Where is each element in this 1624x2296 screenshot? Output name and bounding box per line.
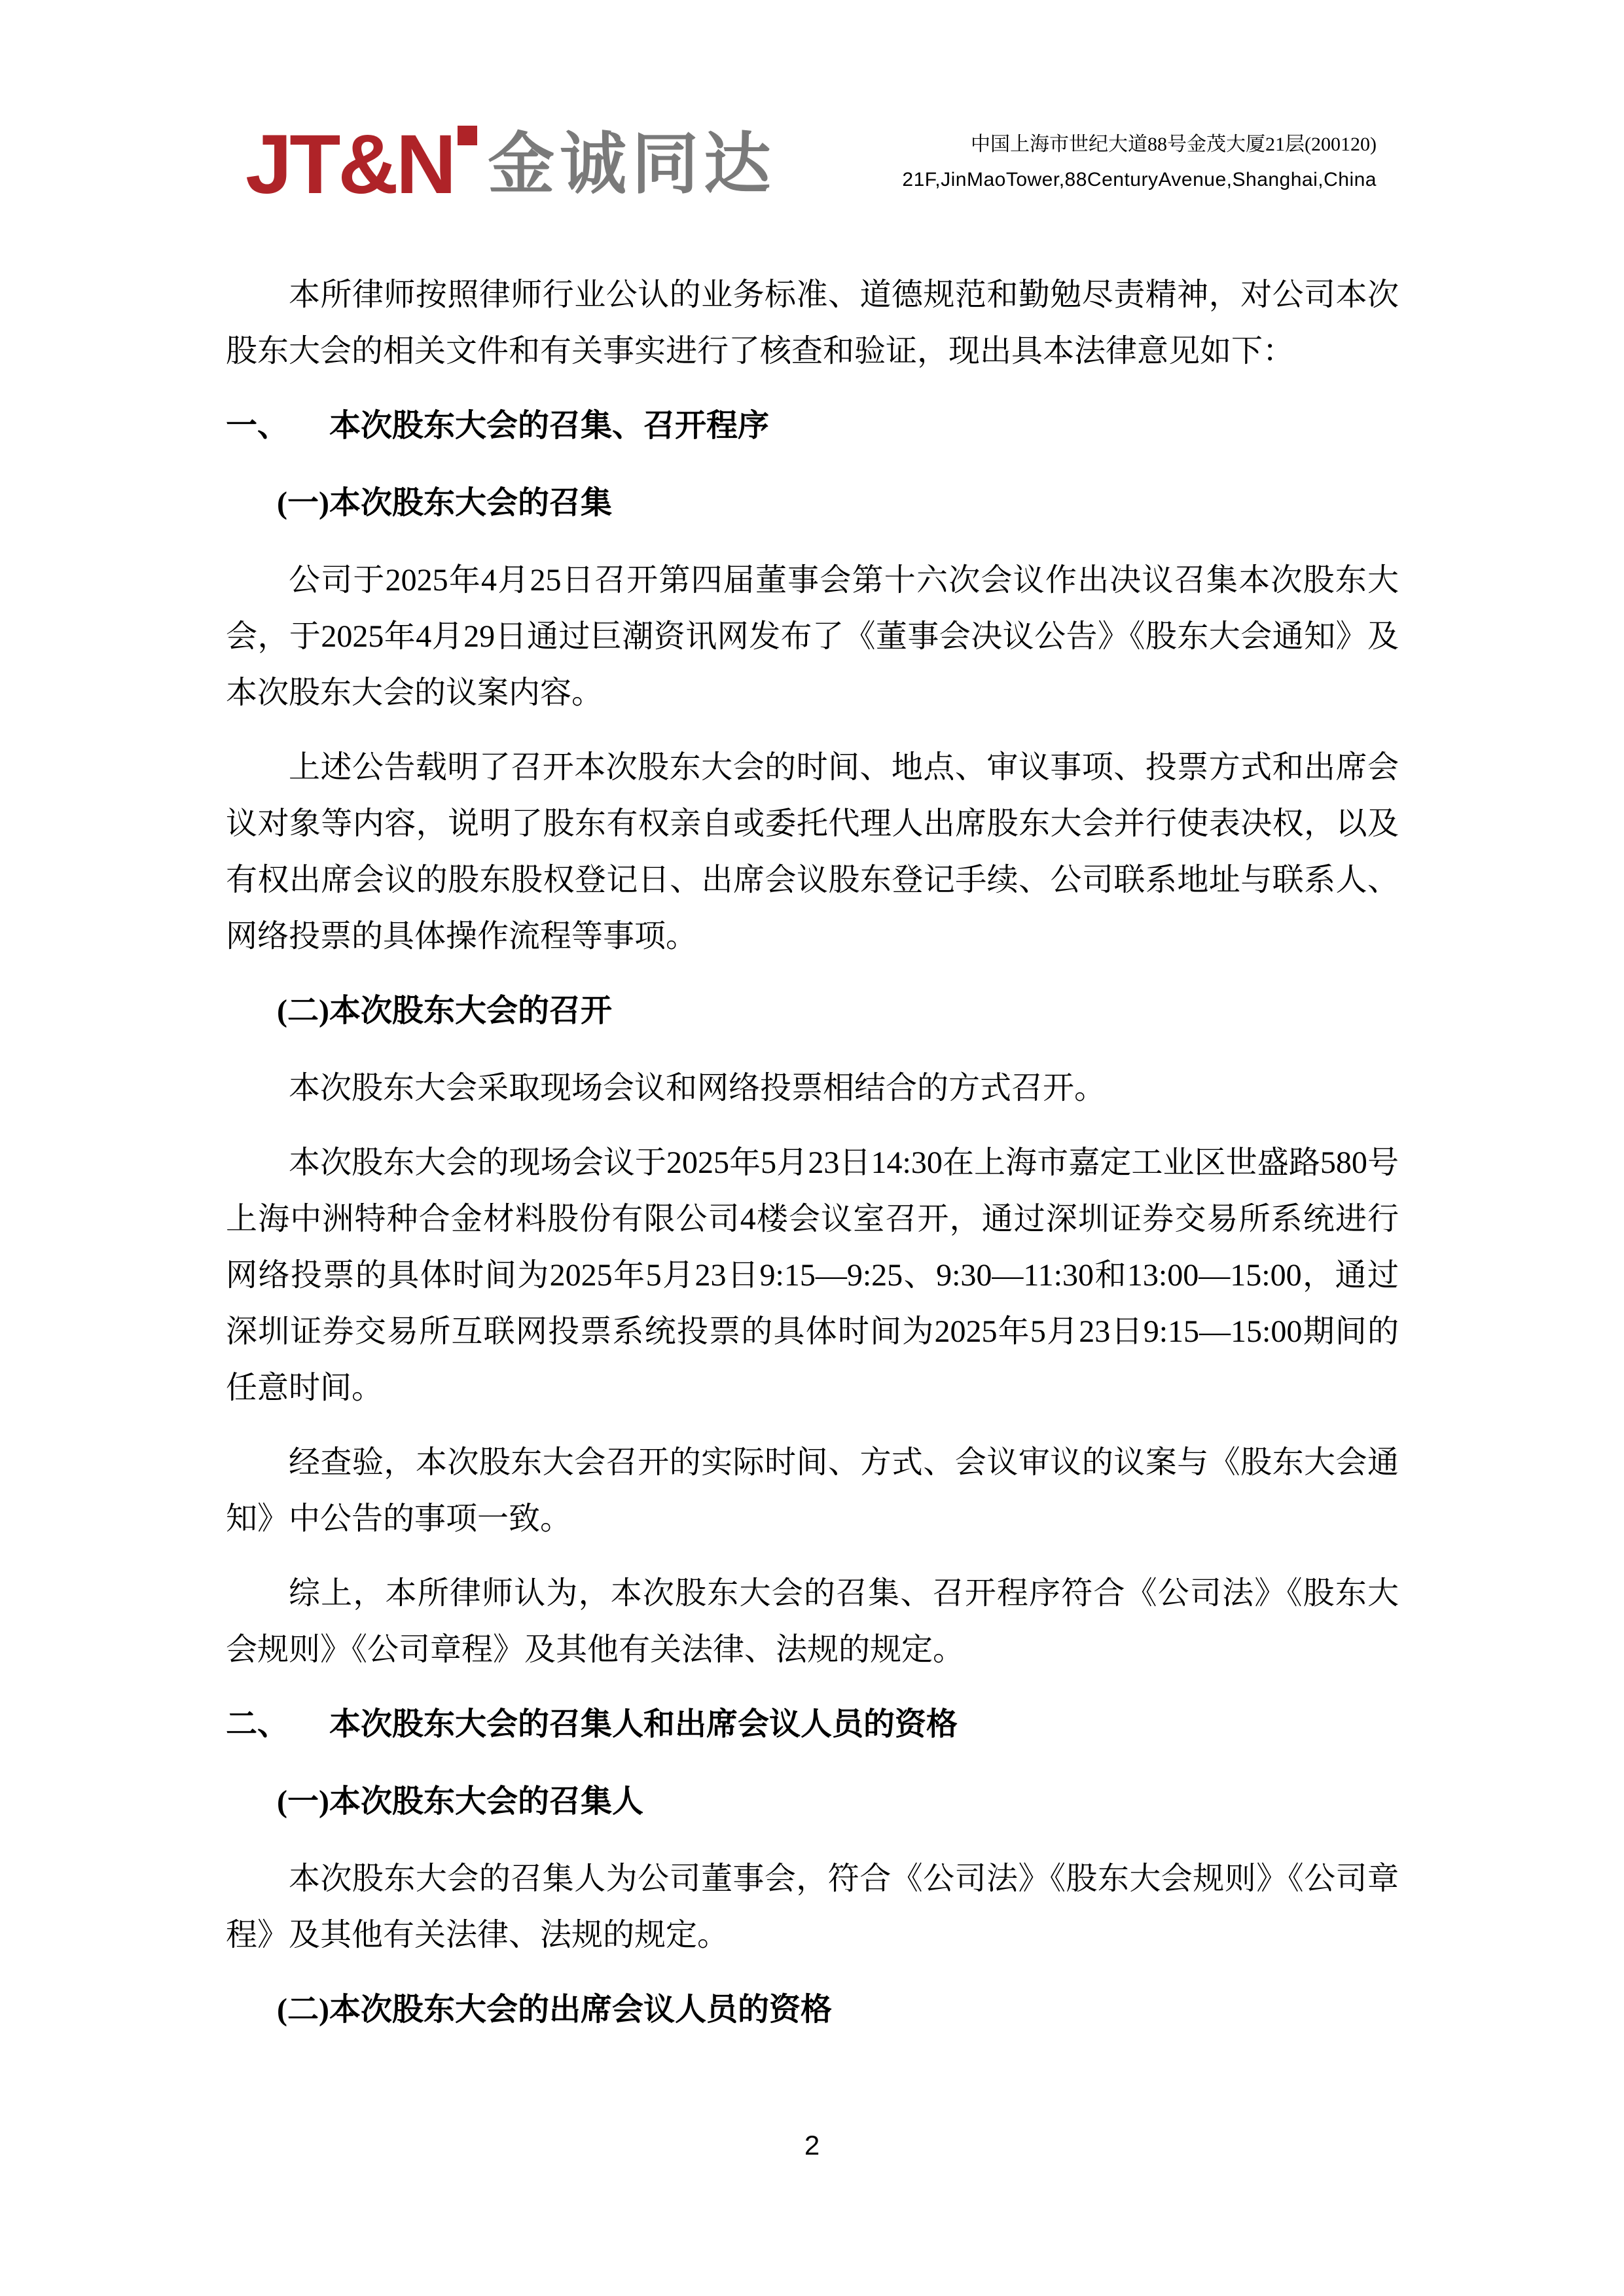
paragraph-notice-contents: 上述公告载明了召开本次股东大会的时间、地点、审议事项、投票方式和出席会议对象等内… [226,740,1399,965]
section-number: 二、 [226,1707,289,1742]
paragraph-convening: 公司于2025年4月25日召开第四届董事会第十六次会议作出决议召集本次股东大会，… [226,552,1399,721]
firm-logo-chinese: 金诚同达 [488,123,776,207]
logo-square-mark-icon [458,126,477,145]
subsection-heading-2-2: (二)本次股东大会的出席会议人员的资格 [226,1982,1399,2038]
section-title: 本次股东大会的召集人和出席会议人员的资格 [329,1707,958,1742]
subsection-heading-2-1: (一)本次股东大会的召集人 [226,1774,1399,1830]
firm-logo-latin: JT&N [245,123,454,207]
letterhead: JT&N 金诚同达 中国上海市世纪大道88号金茂大厦21层(200120) 21… [245,123,1377,207]
page-number: 2 [0,2130,1624,2161]
subsection-heading-1-1: (一)本次股东大会的召集 [226,475,1399,531]
paragraph-verification: 经查验，本次股东大会召开的实际时间、方式、会议审议的议案与《股东大会通知》中公告… [226,1435,1399,1547]
firm-address-english: 21F,JinMaoTower,88CenturyAvenue,Shanghai… [902,162,1377,198]
section-heading-2: 二、本次股东大会的召集人和出席会议人员的资格 [226,1696,1399,1753]
paragraph-convener: 本次股东大会的召集人为公司董事会，符合《公司法》《股东大会规则》《公司章程》及其… [226,1851,1399,1964]
firm-logo: JT&N 金诚同达 [245,123,776,207]
firm-address: 中国上海市世纪大道88号金茂大厦21层(200120) 21F,JinMaoTo… [902,127,1377,198]
paragraph-meeting-time-place: 本次股东大会的现场会议于2025年5月23日14:30在上海市嘉定工业区世盛路5… [226,1135,1399,1416]
paragraph-section1-conclusion: 综上，本所律师认为，本次股东大会的召集、召开程序符合《公司法》《股东大会规则》《… [226,1566,1399,1678]
document-body: 本所律师按照律师行业公认的业务标准、道德规范和勤勉尽责精神，对公司本次股东大会的… [226,267,1399,2059]
intro-paragraph: 本所律师按照律师行业公认的业务标准、道德规范和勤勉尽责精神，对公司本次股东大会的… [226,267,1399,380]
document-page: JT&N 金诚同达 中国上海市世纪大道88号金茂大厦21层(200120) 21… [0,0,1624,2296]
subsection-heading-1-2: (二)本次股东大会的召开 [226,983,1399,1039]
section-number: 一、 [226,408,289,443]
section-title: 本次股东大会的召集、召开程序 [329,408,769,443]
section-heading-1: 一、本次股东大会的召集、召开程序 [226,398,1399,454]
paragraph-meeting-format: 本次股东大会采取现场会议和网络投票相结合的方式召开。 [226,1060,1399,1117]
firm-address-chinese: 中国上海市世纪大道88号金茂大厦21层(200120) [902,127,1377,162]
